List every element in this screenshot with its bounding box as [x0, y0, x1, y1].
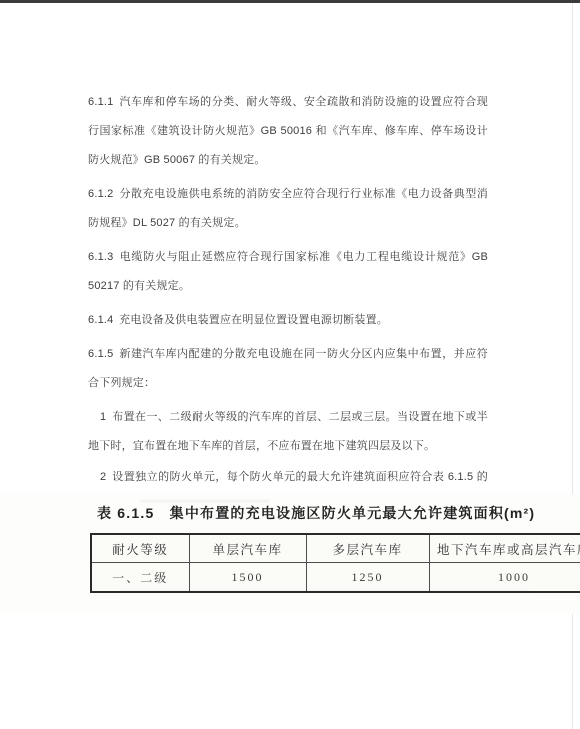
col-header-single-storey-garage: 单层汽车库 — [189, 534, 306, 563]
cell-multi-storey-area: 1250 — [306, 563, 429, 593]
scan-artifact — [120, 590, 530, 592]
document-text-column: 6.1.1 汽车库和停车场的分类、耐火等级、安全疏散和消防设施的设置应符合现行国… — [88, 88, 488, 526]
scan-artifact — [140, 500, 270, 502]
cell-fire-rating-grade-1-2: 一、二级 — [91, 563, 189, 593]
scanned-table-region: 表 6.1.5 集中布置的充电设施区防火单元最大允许建筑面积(m²) 耐火等级 … — [0, 494, 580, 614]
document-page[interactable]: 6.1.1 汽车库和停车场的分类、耐火等级、安全疏散和消防设施的设置应符合现行国… — [0, 0, 580, 729]
col-header-multi-storey-garage: 多层汽车库 — [306, 534, 429, 563]
clause-6-1-5-item-1: 1 布置在一、二级耐火等级的汽车库的首层、二层或三层。当设置在地下或半地下时，宜… — [88, 403, 488, 461]
table-header-row: 耐火等级 单层汽车库 多层汽车库 地下汽车库或高层汽车库 — [91, 534, 580, 563]
fire-unit-area-table: 耐火等级 单层汽车库 多层汽车库 地下汽车库或高层汽车库 一、二级 1500 1… — [90, 533, 580, 593]
table-title: 表 6.1.5 集中布置的充电设施区防火单元最大允许建筑面积(m²) — [97, 504, 535, 522]
clause-6-1-4: 6.1.4 充电设备及供电装置应在明显位置设置电源切断装置。 — [88, 306, 488, 335]
top-border-bar — [0, 0, 580, 3]
clause-6-1-3: 6.1.3 电缆防火与阻止延燃应符合现行国家标准《电力工程电缆设计规范》GB 5… — [88, 243, 488, 301]
clause-6-1-2: 6.1.2 分散充电设施供电系统的消防安全应符合现行行业标准《电力设备典型消防规… — [88, 180, 488, 238]
col-header-fire-resistance-rating: 耐火等级 — [91, 534, 189, 563]
clause-6-1-5: 6.1.5 新建汽车库内配建的分散充电设施在同一防火分区内应集中布置，并应符合下… — [88, 340, 488, 398]
cell-underground-highrise-area: 1000 — [429, 563, 580, 593]
col-header-underground-or-highrise-garage: 地下汽车库或高层汽车库 — [429, 534, 580, 563]
table-row: 一、二级 1500 1250 1000 — [91, 563, 580, 593]
page-right-edge — [572, 3, 573, 729]
cell-single-storey-area: 1500 — [189, 563, 306, 593]
clause-6-1-1: 6.1.1 汽车库和停车场的分类、耐火等级、安全疏散和消防设施的设置应符合现行国… — [88, 88, 488, 175]
